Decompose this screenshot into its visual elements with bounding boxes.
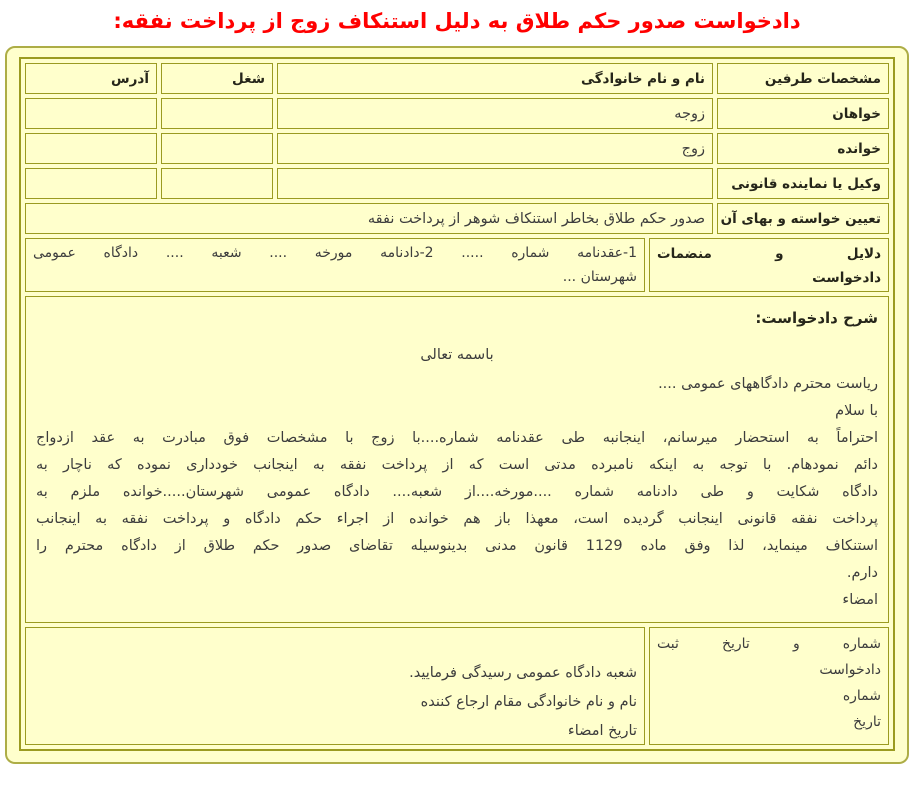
evidence-value-line2: شهرستان ... <box>33 265 637 289</box>
statement-body-line: پرداخت نفقه قانونی اینجانب گردیده است، م… <box>36 506 878 533</box>
plaintiff-occupation-cell <box>161 98 273 129</box>
table-header-row: مشخصات طرفین نام و نام خانوادگی شغل آدرس <box>25 63 889 94</box>
document-title: دادخواست صدور حکم طلاق به دلیل استنکاف ز… <box>0 0 914 46</box>
referral-cell: شعبه دادگاه عمومی رسیدگی فرمایید. نام و … <box>25 627 645 745</box>
defendant-address-cell <box>25 133 157 164</box>
statement-salutation: ریاست محترم دادگاههای عمومی .... <box>36 371 878 398</box>
attorney-address-cell <box>25 168 157 199</box>
evidence-label-line1: دلایل و منضمات <box>657 242 881 266</box>
petition-sheet: مشخصات طرفین نام و نام خانوادگی شغل آدرس… <box>5 46 909 764</box>
evidence-label-line2: دادخواست <box>657 266 881 290</box>
header-occupation: شغل <box>161 63 273 94</box>
registration-number-date-cell: شماره و تاریخ ثبت دادخواست شماره تاریخ <box>649 627 889 745</box>
plaintiff-address-cell <box>25 98 157 129</box>
referral-line2: نام و نام خانوادگی مقام ارجاع کننده <box>33 688 637 717</box>
statement-signature: امضاء <box>36 587 878 614</box>
statement-body-line: دائم نمودهام. با توجه به اینکه نامبرده م… <box>36 452 878 479</box>
claim-label: تعیین خواسته و بهای آن <box>717 203 889 234</box>
table-row-registration: شماره و تاریخ ثبت دادخواست شماره تاریخ ش… <box>25 627 889 745</box>
statement-body-line: استنکاف مینماید، لذا وفق ماده 1129 قانون… <box>36 533 878 560</box>
page: دادخواست صدور حکم طلاق به دلیل استنکاف ز… <box>0 0 914 764</box>
basmala-line: باسمه تعالی <box>36 342 878 369</box>
defendant-label: خوانده <box>717 133 889 164</box>
attorney-label: وکیل یا نماینده قانونی <box>717 168 889 199</box>
evidence-value-cell: 1-عقدنامه شماره ..... 2-دادنامه مورخه ..… <box>25 238 645 292</box>
table-row-defendant: خوانده زوج <box>25 133 889 164</box>
evidence-value-line1: 1-عقدنامه شماره ..... 2-دادنامه مورخه ..… <box>33 241 637 265</box>
statement-greeting: با سلام <box>36 398 878 425</box>
plaintiff-name-cell: زوجه <box>277 98 713 129</box>
statement-heading: شرح دادخواست: <box>36 305 878 332</box>
defendant-name-cell: زوج <box>277 133 713 164</box>
table-row-plaintiff: خواهان زوجه <box>25 98 889 129</box>
statement-body-line: احتراماً به استحضار میرسانم، اینجانبه طی… <box>36 425 878 452</box>
defendant-occupation-cell <box>161 133 273 164</box>
referral-line3: تاریخ امضاء <box>33 717 637 746</box>
header-parties: مشخصات طرفین <box>717 63 889 94</box>
statement-body-line: دادگاه شکایت و طی دادنامه شماره ....مورخ… <box>36 479 878 506</box>
header-full-name: نام و نام خانوادگی <box>277 63 713 94</box>
header-address: آدرس <box>25 63 157 94</box>
registration-line1: شماره و تاریخ ثبت <box>657 631 881 657</box>
statement-body-last-line: دارم. <box>36 560 878 587</box>
registration-line3: شماره <box>657 683 881 709</box>
claim-value-cell: صدور حکم طلاق بخاطر استنکاف شوهر از پردا… <box>25 203 713 234</box>
attorney-name-cell <box>277 168 713 199</box>
table-row-statement: شرح دادخواست: باسمه تعالی ریاست محترم دا… <box>25 296 889 623</box>
table-row-attorney: وکیل یا نماینده قانونی <box>25 168 889 199</box>
table-row-evidence: دلایل و منضمات دادخواست 1-عقدنامه شماره … <box>25 238 889 292</box>
statement-cell: شرح دادخواست: باسمه تعالی ریاست محترم دا… <box>25 296 889 623</box>
attorney-occupation-cell <box>161 168 273 199</box>
referral-line1: شعبه دادگاه عمومی رسیدگی فرمایید. <box>33 659 637 688</box>
registration-line4: تاریخ <box>657 709 881 735</box>
petition-table: مشخصات طرفین نام و نام خانوادگی شغل آدرس… <box>19 57 895 751</box>
evidence-label-cell: دلایل و منضمات دادخواست <box>649 238 889 292</box>
table-row-claim: تعیین خواسته و بهای آن صدور حکم طلاق بخا… <box>25 203 889 234</box>
plaintiff-label: خواهان <box>717 98 889 129</box>
registration-line2: دادخواست <box>657 657 881 683</box>
